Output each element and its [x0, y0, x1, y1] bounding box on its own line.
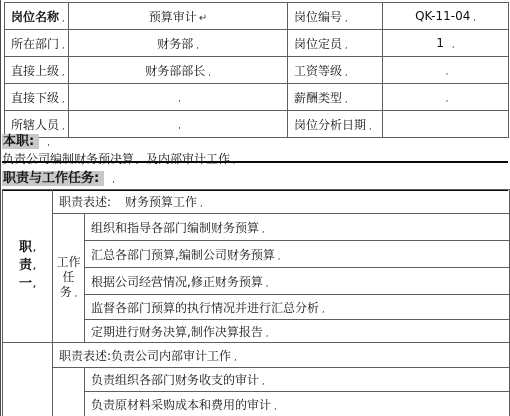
responsibilities-table: 职, 责, 一, 职责表述:财务预算工作, 工作 任务, 组织和指导各部门编制财…	[2, 189, 510, 416]
paragraph-mark: ,	[322, 305, 325, 314]
work-tasks-label-cell-2	[53, 368, 85, 416]
direct-subordinate-label-cell: 直接下级,	[5, 84, 69, 111]
statement-label: 职责表述:	[59, 349, 111, 363]
position-name-value: 预算审计	[149, 10, 197, 24]
table-row: 所在部门, 财务部, 岗位定员, 1,	[5, 30, 509, 57]
position-code-value: QK-11-04	[415, 9, 470, 23]
paragraph-mark: ,	[33, 280, 36, 289]
paragraph-mark: ,	[233, 156, 236, 165]
paragraph-mark: ,	[345, 41, 348, 50]
task-text: 汇总各部门预算,编制公司财务预算	[91, 248, 275, 262]
direct-superior-label-cell: 直接上级,	[5, 57, 69, 84]
department-value-cell: 财务部,	[69, 30, 288, 57]
headcount-value: 1	[436, 36, 444, 50]
responsibility-2-vertical-label-cell	[3, 343, 53, 416]
responsibility-1-char: 一,	[4, 275, 51, 293]
task-cell: 负责原材料采购成本和费用的审计,	[85, 392, 510, 416]
task-text: 负责原材料采购成本和费用的审计	[91, 398, 271, 412]
table-row: 岗位名称, 预算审计↵ 岗位编号, QK-11-04,	[5, 3, 509, 30]
paragraph-mark: ,	[262, 377, 265, 386]
paragraph-mark: ,	[33, 244, 36, 253]
main-duty-heading: 本职:	[2, 134, 39, 149]
work-tasks-label-line: 任务,	[54, 270, 83, 301]
responsibility-2-statement-cell: 职责表述:负责公司内部审计工作,	[53, 343, 510, 368]
table-row: 负责组织各部门财务收支的审计,	[3, 368, 510, 392]
text-boundary-line	[0, 0, 1, 416]
position-code-label: 岗位编号	[294, 10, 342, 24]
table-row: 职责表述:负责公司内部审计工作,	[3, 343, 510, 368]
paragraph-mark: ,	[62, 41, 65, 50]
task-text: 负责组织各部门财务收支的审计	[91, 373, 259, 387]
task-cell: 监督各部门预算的执行情况并进行汇总分析,	[85, 295, 510, 320]
headcount-label: 岗位定员	[294, 37, 342, 51]
work-tasks-label-cell: 工作 任务,	[53, 214, 85, 343]
task-cell: 汇总各部门预算,编制公司财务预算,	[85, 241, 510, 268]
paragraph-mark: ,	[345, 68, 348, 77]
main-duty-text: 负责公司编制财务预决算、及内部审计工作	[2, 152, 230, 166]
paragraph-mark: ,	[278, 252, 281, 261]
paragraph-mark: ,	[452, 40, 455, 49]
paragraph-mark: ,	[62, 95, 65, 104]
compensation-type-value-cell: ,	[383, 84, 509, 111]
salary-grade-label: 工资等级	[294, 64, 342, 78]
paragraph-mark: ,	[208, 68, 211, 77]
paragraph-mark: ,	[266, 279, 269, 288]
direct-superior-label: 直接上级	[11, 64, 59, 78]
responsibilities-section-heading: 职责与工作任务:	[2, 171, 104, 186]
department-value: 财务部	[157, 37, 193, 51]
return-mark: ↵	[199, 13, 207, 24]
position-name-label-cell: 岗位名称,	[5, 3, 69, 30]
responsibilities-section-heading-line: 职责与工作任务:,	[2, 165, 508, 191]
job-description-document: 岗位名称, 预算审计↵ 岗位编号, QK-11-04, 所在部门, 财务部, 岗…	[0, 0, 510, 416]
paragraph-mark: ,	[62, 68, 65, 77]
position-name-label: 岗位名称	[11, 10, 59, 24]
table-row: 直接下级, , 薪酬类型, ,	[5, 84, 509, 111]
table-row: 职, 责, 一, 职责表述:财务预算工作,	[3, 190, 510, 214]
headcount-value-cell: 1,	[383, 30, 509, 57]
task-text: 组织和指导各部门编制财务预算	[91, 221, 259, 235]
responsibility-1-statement-cell: 职责表述:财务预算工作,	[53, 190, 510, 214]
compensation-type-label-cell: 薪酬类型,	[288, 84, 383, 111]
task-text: 监督各部门预算的执行情况并进行汇总分析	[91, 301, 319, 315]
direct-superior-value: 财务部部长	[145, 64, 205, 78]
department-label: 所在部门	[11, 37, 59, 51]
responsibility-1-vertical-label-cell: 职, 责, 一,	[3, 190, 53, 343]
task-cell: 根据公司经营情况,修正财务预算,	[85, 268, 510, 295]
task-text: 定期进行财务决算,制作决算报告	[91, 325, 263, 339]
task-cell: 组织和指导各部门编制财务预算,	[85, 214, 510, 241]
statement-text: 负责公司内部审计工作	[111, 349, 231, 363]
paragraph-mark: ,	[112, 175, 115, 184]
paragraph-mark: ,	[262, 225, 265, 234]
paragraph-mark: ,	[446, 94, 449, 103]
paragraph-mark: ,	[274, 402, 277, 411]
statement-label: 职责表述:	[59, 195, 111, 209]
main-duty-heading-line: 本职:,	[2, 130, 508, 149]
paragraph-mark: ,	[33, 262, 36, 271]
compensation-type-label: 薪酬类型	[294, 91, 342, 105]
paragraph-mark: ,	[446, 67, 449, 76]
position-code-value-cell: QK-11-04,	[383, 3, 509, 30]
paragraph-mark: ,	[200, 199, 203, 208]
paragraph-mark: ,	[75, 289, 78, 298]
responsibility-1-char: 职,	[4, 239, 51, 257]
paragraph-mark: ,	[178, 94, 181, 103]
department-label-cell: 所在部门,	[5, 30, 69, 57]
responsibility-1-char: 责,	[4, 257, 51, 275]
table-row: 工作 任务, 组织和指导各部门编制财务预算,	[3, 214, 510, 241]
position-info-table: 岗位名称, 预算审计↵ 岗位编号, QK-11-04, 所在部门, 财务部, 岗…	[4, 2, 509, 138]
task-text: 根据公司经营情况,修正财务预算	[91, 275, 263, 289]
position-code-label-cell: 岗位编号,	[288, 3, 383, 30]
salary-grade-value-cell: ,	[383, 57, 509, 84]
paragraph-mark: ,	[234, 353, 237, 362]
task-cell: 负责组织各部门财务收支的审计,	[85, 368, 510, 392]
paragraph-mark: ,	[345, 95, 348, 104]
paragraph-mark: ,	[62, 14, 65, 23]
paragraph-mark: ,	[473, 13, 476, 22]
direct-superior-value-cell: 财务部部长,	[69, 57, 288, 84]
direct-subordinate-label: 直接下级	[11, 91, 59, 105]
salary-grade-label-cell: 工资等级,	[288, 57, 383, 84]
table-row: 直接上级, 财务部部长, 工资等级, ,	[5, 57, 509, 84]
paragraph-mark: ,	[196, 41, 199, 50]
position-name-value-cell: 预算审计↵	[69, 3, 288, 30]
paragraph-mark: ,	[345, 14, 348, 23]
direct-subordinate-value-cell: ,	[69, 84, 288, 111]
paragraph-mark: ,	[266, 329, 269, 338]
paragraph-mark: ,	[47, 138, 50, 147]
headcount-label-cell: 岗位定员,	[288, 30, 383, 57]
work-tasks-label-line: 工作	[54, 255, 83, 270]
statement-text: 财务预算工作	[125, 195, 197, 209]
task-cell: 定期进行财务决算,制作决算报告,	[85, 320, 510, 343]
main-duty-block: 本职:, 负责公司编制财务预决算、及内部审计工作,	[2, 128, 508, 163]
